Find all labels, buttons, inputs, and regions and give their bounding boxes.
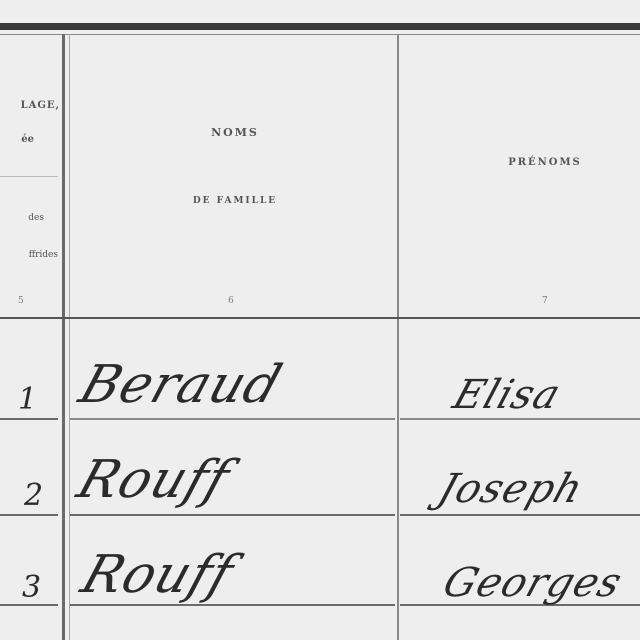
first-name-entry: Joseph [433,466,590,512]
surname-entry: Rouff [70,450,237,510]
first-name-column-number: 7 [542,296,548,306]
row-2-rule-left [0,514,58,516]
row-number: 2 [24,478,43,513]
row-1-rule-firstname [400,418,640,420]
row-2-rule-surname [70,514,395,516]
left-column-header-rule [0,176,58,177]
left-column-header-line-2: ée [4,134,34,145]
row-1-rule-left [0,418,58,420]
top-thick-rule [0,23,640,30]
column-divider-left-inner [69,34,70,640]
row-2-rule-firstname [400,514,640,516]
header-bottom-rule [0,317,640,319]
first-name-column-header: PRÉNOMS [480,157,610,168]
row-number: 3 [22,570,41,605]
left-column-header-line-3: des [4,213,44,223]
surname-column-number: 6 [228,296,234,306]
surname-column-header-line-1: NOMS [190,126,280,139]
surname-column-header-line-2: DE FAMILLE [150,196,320,206]
row-1-rule-surname [70,418,395,420]
column-divider-middle [397,34,399,640]
surname-entry: Rouff [74,545,241,605]
column-divider-left [62,34,65,640]
row-number: 1 [18,382,37,417]
left-column-header-line-4: ffrides [0,250,58,260]
left-column-header-line-1: LAGE, [4,100,60,111]
left-column-number: 5 [18,296,24,306]
surname-entry: Beraud [72,355,289,415]
register-page: LAGE, ée des ffrides 5 NOMS DE FAMILLE 6… [0,0,640,640]
first-name-entry: Georges [438,560,629,606]
top-thin-rule [0,34,640,35]
first-name-entry: Elisa [448,372,567,418]
